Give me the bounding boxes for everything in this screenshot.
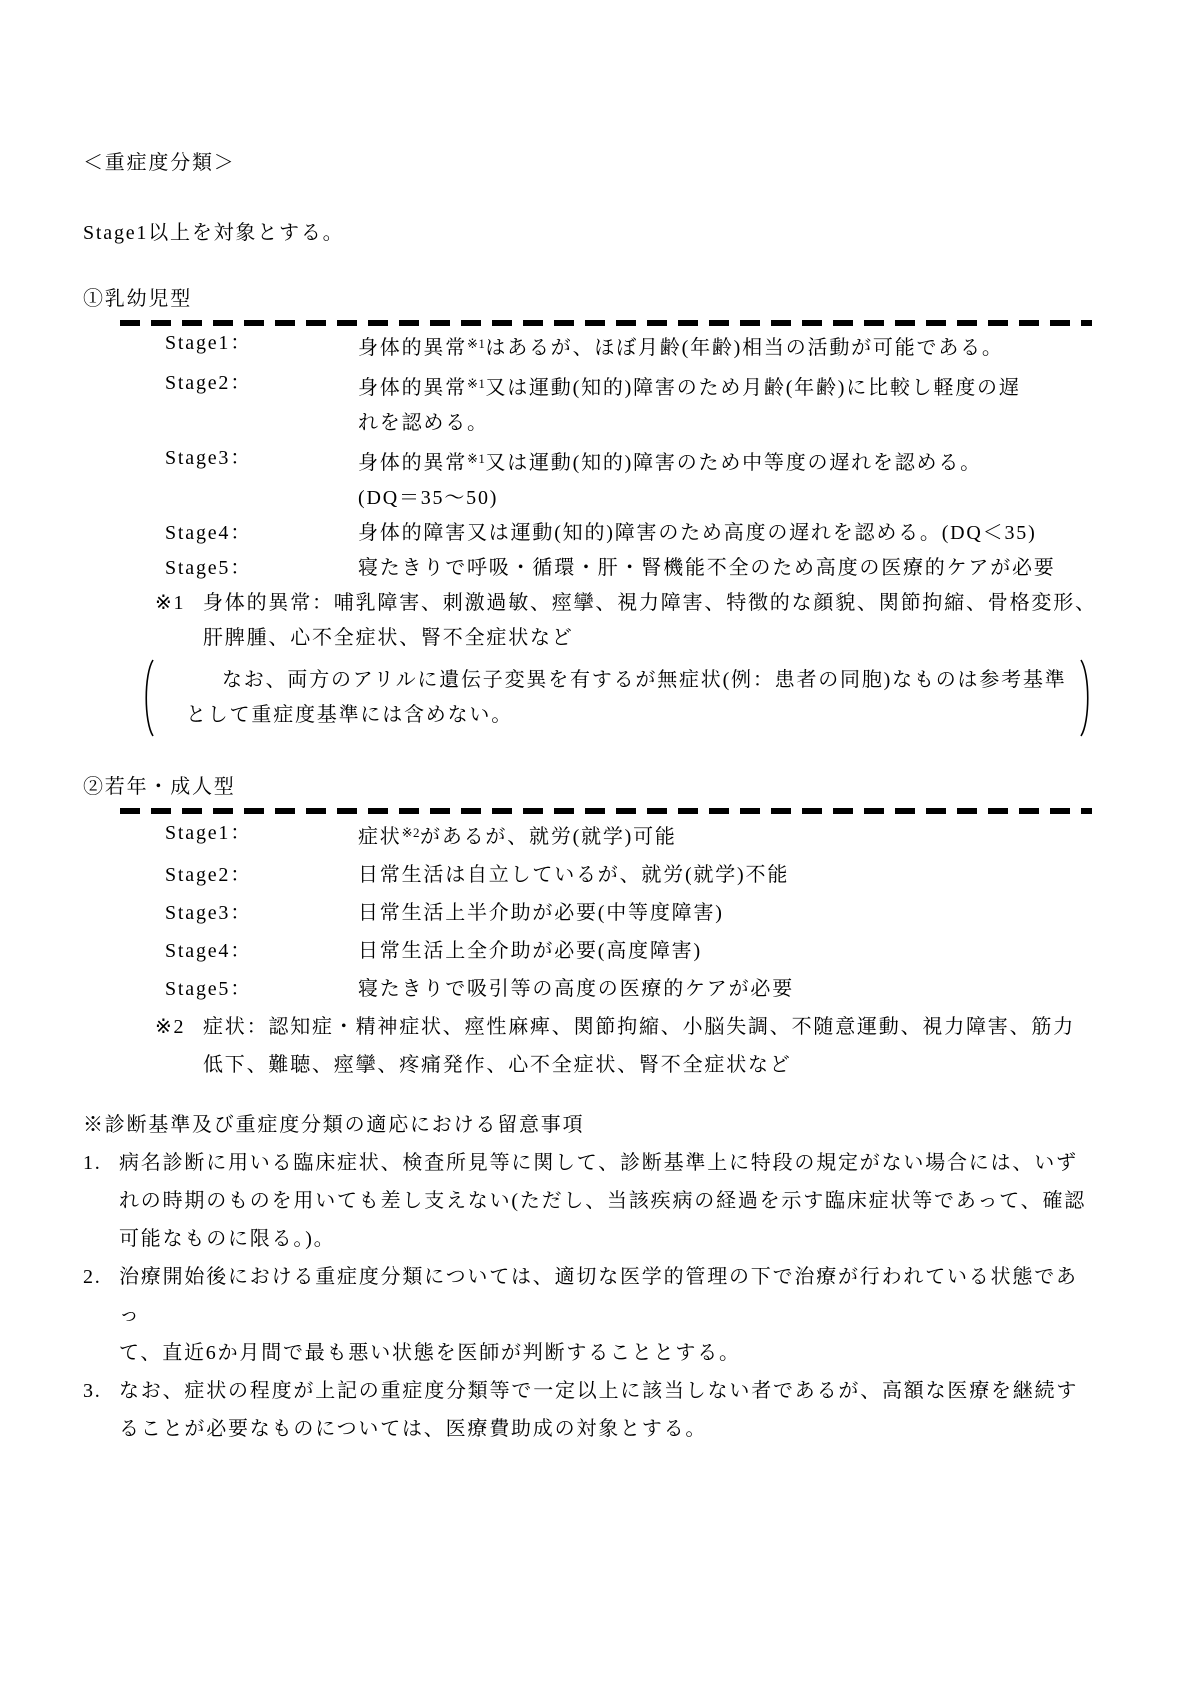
- stage-label: Stage5：: [165, 970, 358, 1008]
- remark-item-text: 治療開始後における重症度分類については、適切な医学的管理の下で治療が行われている…: [119, 1258, 1098, 1372]
- severity-classification-document: ＜重症度分類＞ Stage1以上を対象とする。 ①乳幼児型 Stage1： 身体…: [0, 0, 1181, 1695]
- stage-description: 身体的障害又は運動(知的)障害のため高度の遅れを認める。(DQ＜35): [358, 516, 1098, 551]
- stage-label: Stage1：: [165, 326, 358, 366]
- stage-label: Stage3：: [165, 894, 358, 932]
- stage-label: Stage2：: [165, 856, 358, 894]
- document-title: ＜重症度分類＞: [83, 144, 1098, 182]
- footnote-1: ※1 身体的異常：哺乳障害、刺激過敏、痙攣、視力障害、特徴的な顔貌、関節拘縮、骨…: [83, 586, 1098, 656]
- stage-description: 寝たきりで吸引等の高度の医療的ケアが必要: [358, 970, 1098, 1008]
- stage-row: Stage1： 症状※2があるが、就労(就学)可能: [83, 814, 1098, 856]
- left-paren-decoration: [140, 658, 156, 738]
- footnote-marker: ※2: [155, 1008, 203, 1084]
- stage-description: 日常生活上半介助が必要(中等度障害): [358, 894, 1098, 932]
- stage-row: Stage2： 日常生活は自立しているが、就労(就学)不能: [83, 856, 1098, 894]
- stage-description: 身体的異常※1又は運動(知的)障害のため月齢(年齢)に比較し軽度の遅れを認める。: [358, 366, 1098, 441]
- remark-item-number: 1.: [83, 1144, 119, 1258]
- footnote-ref: ※1: [467, 336, 485, 351]
- remark-item: 1. 病名診断に用いる臨床症状、検査所見等に関して、診断基準上に特段の規定がない…: [83, 1144, 1098, 1258]
- stage-row: Stage4： 身体的障害又は運動(知的)障害のため高度の遅れを認める。(DQ＜…: [83, 516, 1098, 551]
- remarks-heading: ※診断基準及び重症度分類の適応における留意事項: [83, 1106, 1098, 1144]
- bracket-note: なお、両方のアリルに遺伝子変異を有するが無症状(例：患者の同胞)なものは参考基準…: [140, 658, 1098, 738]
- footnote-2: ※2 症状：認知症・精神症状、痙性麻痺、関節拘縮、小脳失調、不随意運動、視力障害…: [83, 1008, 1098, 1084]
- stage-label: Stage2：: [165, 366, 358, 441]
- scope-statement: Stage1以上を対象とする。: [83, 214, 1098, 252]
- footnote-text: 症状：認知症・精神症状、痙性麻痺、関節拘縮、小脳失調、不随意運動、視力障害、筋力…: [203, 1008, 1098, 1084]
- stage-label: Stage4：: [165, 516, 358, 551]
- stage-label: Stage5：: [165, 551, 358, 586]
- stage-description: 身体的異常※1又は運動(知的)障害のため中等度の遅れを認める。(DQ＝35〜50…: [358, 441, 1098, 516]
- stage-label: Stage1：: [165, 814, 358, 856]
- remark-item-number: 3.: [83, 1372, 119, 1448]
- footnote-ref: ※2: [402, 825, 420, 840]
- stage-description: 症状※2があるが、就労(就学)可能: [358, 814, 1098, 856]
- bracket-note-text: なお、両方のアリルに遺伝子変異を有するが無症状(例：患者の同胞)なものは参考基準…: [186, 663, 1070, 733]
- stage-row: Stage4： 日常生活上全介助が必要(高度障害): [83, 932, 1098, 970]
- remark-item-number: 2.: [83, 1258, 119, 1372]
- right-paren-decoration: [1078, 658, 1094, 738]
- adult-type-section: ②若年・成人型 Stage1： 症状※2があるが、就労(就学)可能 Stage2…: [83, 768, 1098, 1084]
- adult-type-heading: ②若年・成人型: [83, 768, 1098, 806]
- stage-row: Stage5： 寝たきりで呼吸・循環・肝・腎機能不全のため高度の医療的ケアが必要: [83, 551, 1098, 586]
- remark-item-text: なお、症状の程度が上記の重症度分類等で一定以上に該当しない者であるが、高額な医療…: [119, 1372, 1098, 1448]
- remarks-section: ※診断基準及び重症度分類の適応における留意事項 1. 病名診断に用いる臨床症状、…: [83, 1106, 1098, 1448]
- infant-type-section: ①乳幼児型 Stage1： 身体的異常※1はあるが、ほぼ月齢(年齢)相当の活動が…: [83, 280, 1098, 738]
- stage-row: Stage1： 身体的異常※1はあるが、ほぼ月齢(年齢)相当の活動が可能である。: [83, 326, 1098, 366]
- stage-row: Stage3： 日常生活上半介助が必要(中等度障害): [83, 894, 1098, 932]
- stage-description: 身体的異常※1はあるが、ほぼ月齢(年齢)相当の活動が可能である。: [358, 326, 1098, 366]
- footnote-marker: ※1: [155, 586, 203, 656]
- footnote-ref: ※1: [467, 376, 485, 391]
- remark-item: 3. なお、症状の程度が上記の重症度分類等で一定以上に該当しない者であるが、高額…: [83, 1372, 1098, 1448]
- stage-description: 日常生活上全介助が必要(高度障害): [358, 932, 1098, 970]
- stage-description: 日常生活は自立しているが、就労(就学)不能: [358, 856, 1098, 894]
- stage-row: Stage2： 身体的異常※1又は運動(知的)障害のため月齢(年齢)に比較し軽度…: [83, 366, 1098, 441]
- stage-row: Stage3： 身体的異常※1又は運動(知的)障害のため中等度の遅れを認める。(…: [83, 441, 1098, 516]
- remark-item-text: 病名診断に用いる臨床症状、検査所見等に関して、診断基準上に特段の規定がない場合に…: [119, 1144, 1098, 1258]
- remark-item: 2. 治療開始後における重症度分類については、適切な医学的管理の下で治療が行われ…: [83, 1258, 1098, 1372]
- footnote-ref: ※1: [467, 451, 485, 466]
- stage-label: Stage4：: [165, 932, 358, 970]
- stage-description: 寝たきりで呼吸・循環・肝・腎機能不全のため高度の医療的ケアが必要: [358, 551, 1098, 586]
- infant-type-heading: ①乳幼児型: [83, 280, 1098, 318]
- footnote-text: 身体的異常：哺乳障害、刺激過敏、痙攣、視力障害、特徴的な顔貌、関節拘縮、骨格変形…: [203, 586, 1098, 656]
- stage-label: Stage3：: [165, 441, 358, 516]
- stage-row: Stage5： 寝たきりで吸引等の高度の医療的ケアが必要: [83, 970, 1098, 1008]
